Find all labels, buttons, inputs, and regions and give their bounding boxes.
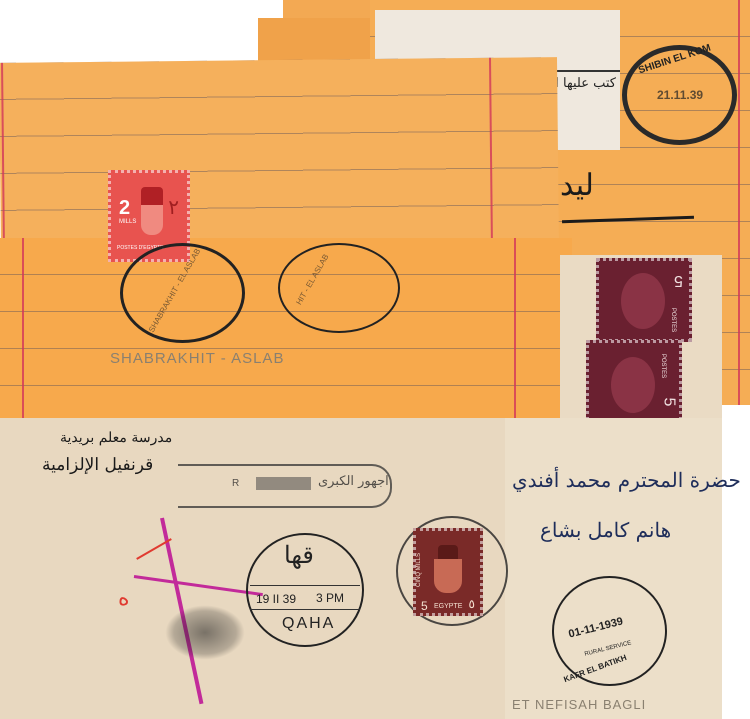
postmark-town: QAHA (282, 615, 335, 633)
stamp-value: 5 (421, 599, 428, 613)
portrait-face-icon (141, 205, 163, 235)
postmark-date: 19 II 39 (256, 592, 296, 606)
stamp-5-mills-lower: 5 POSTES (586, 340, 682, 426)
postmark-rule-top (250, 585, 360, 586)
stamp-label: POSTES (670, 308, 676, 332)
margin-line (514, 238, 516, 428)
margin-line (738, 0, 740, 405)
postmark-date: 21.11.39 (657, 88, 703, 102)
cachet-letter: R (232, 478, 239, 489)
postmark-text: HIT - EL ASLAB (294, 253, 330, 307)
portrait-icon (611, 357, 655, 413)
address-arabic-line1: حضرة المحترم محمد أفندي (512, 468, 741, 492)
stamp-unit: CINQ MILLS (416, 553, 422, 587)
cachet-arabic: اجهور الكبرى (318, 474, 389, 489)
stamp-5-cinq-mills: CINQ MILLS 5 EGYPTE ٥ (413, 528, 483, 616)
sender-arabic-line1: مدرسة معلم بريدية (60, 430, 172, 446)
stamp-value: 5 (660, 398, 678, 407)
address-arabic-line2: هانم كامل بشاع (540, 518, 671, 542)
stamp-label: POSTES (660, 354, 666, 378)
postmark-text: SHABRAKHIT - EL ASLAB (147, 247, 202, 334)
stamp-value: 2 (119, 197, 130, 220)
postmark-time: 3 PM (316, 591, 344, 605)
red-pencil-mark: ه (118, 586, 130, 611)
stamp-arabic-value: ٥ (469, 597, 475, 611)
pencil-note-shabrakhit: SHABRAKHIT - ASLAB (110, 350, 284, 367)
stamp-arabic-value: ٢ (168, 195, 179, 220)
postmark-arabic: قها (284, 541, 314, 569)
postmark-rural-service: 01-11-1939 RURAL SERVICE KAFR EL BATIKH (552, 576, 667, 686)
postmark-rule-bottom (250, 609, 360, 610)
pencil-note-bagli: ET NEFISAH BAGLI (512, 697, 646, 712)
postmark-shabrakhit-right: HIT - EL ASLAB (278, 243, 400, 333)
stamp-label: EGYPTE (434, 603, 462, 610)
stamp-5-mills-upper: 5 POSTES (596, 258, 692, 342)
margin-line (489, 58, 493, 248)
boxed-cachet: R اجهور الكبرى (178, 464, 392, 508)
margin-line (22, 238, 24, 428)
postmark-shabrakhit-left: SHABRAKHIT - EL ASLAB (120, 243, 245, 343)
sender-arabic-line2: قرنفيل الإلزامية (42, 455, 153, 475)
postmark-town: KAFR EL BATIKH (562, 653, 627, 684)
margin-line (1, 63, 5, 253)
handwriting-arabic-top: ليد (560, 168, 594, 203)
postmark-shibin: SHIBIN EL KOM 21.11.39 (622, 45, 737, 145)
postmark-date: 01-11-1939 (567, 615, 624, 640)
postmark-qaha: قها 19 II 39 3 PM QAHA (246, 533, 364, 647)
ink-seal (165, 605, 245, 660)
portrait-face-icon (434, 559, 462, 593)
portrait-fez-icon (438, 545, 458, 559)
cachet-block (256, 477, 311, 490)
portrait-icon (621, 273, 665, 329)
stamp-unit: MILLS (119, 219, 136, 225)
postal-covers-photo: كتب عليها العنوا SHIBIN EL KOM 21.11.39 … (0, 0, 750, 719)
portrait-fez-icon (141, 187, 163, 205)
stamp-value: 5 (674, 271, 683, 289)
cover-orange-top (0, 57, 559, 253)
label-rule (555, 70, 620, 72)
